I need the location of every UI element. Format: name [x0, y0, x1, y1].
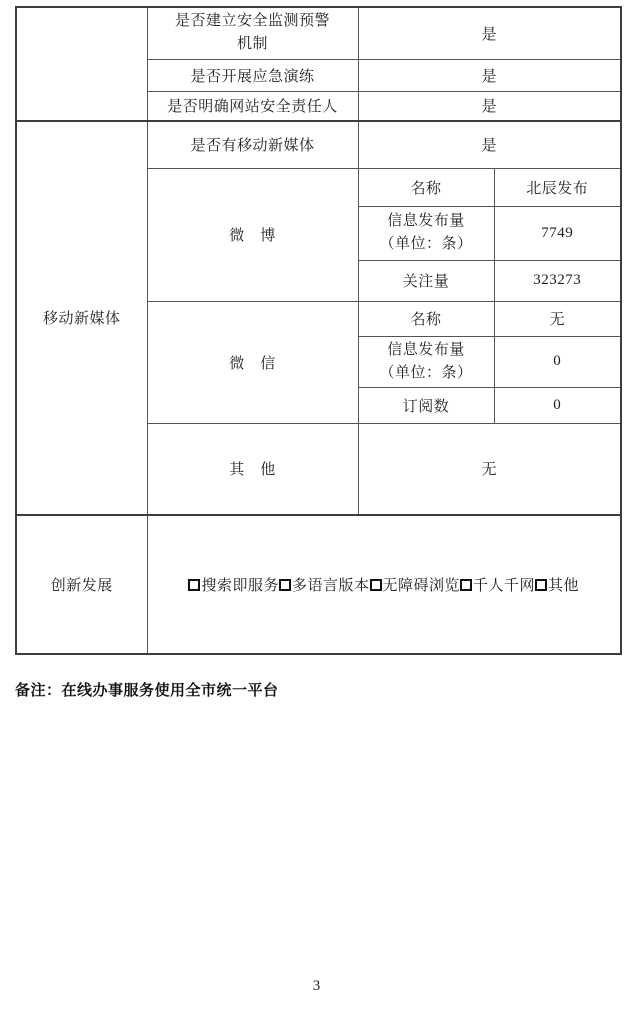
section-cell-mobile-media: 移动新媒体 — [16, 121, 147, 515]
checkbox-icon — [279, 579, 291, 591]
weibo-name-value: 北辰发布 — [494, 168, 621, 206]
checkbox-icon — [460, 579, 472, 591]
security-row-label: 是否明确网站安全责任人 — [147, 91, 358, 121]
has-mobile-label: 是否有移动新媒体 — [147, 121, 358, 168]
innovation-option: 千人千网 — [460, 578, 535, 594]
security-row-value: 是 — [358, 7, 621, 59]
innovation-option-label: 搜索即服务 — [201, 578, 279, 594]
weibo-posts-value: 7749 — [494, 206, 621, 260]
checkbox-icon — [188, 579, 200, 591]
security-row-value: 是 — [358, 59, 621, 91]
section-cell-blank — [16, 7, 147, 121]
wechat-posts-label: 信息发布量 （单位：条） — [358, 336, 494, 388]
has-mobile-value: 是 — [358, 121, 621, 168]
weibo-posts-label: 信息发布量 （单位：条） — [358, 206, 494, 260]
wechat-name-label: 名称 — [358, 301, 494, 336]
checkbox-icon — [370, 579, 382, 591]
innovation-option-label: 多语言版本 — [292, 578, 370, 594]
document-page: 是否建立安全监测预警 机制 是 是否开展应急演练 是 是否明确网站安全责任人 是… — [0, 0, 633, 1010]
remark-note: 备注：在线办事服务使用全市统一平台 — [15, 679, 279, 700]
annual-report-table: 是否建立安全监测预警 机制 是 是否开展应急演练 是 是否明确网站安全责任人 是… — [15, 6, 622, 655]
wechat-name-value: 无 — [494, 301, 621, 336]
weibo-cell: 微 博 — [147, 168, 358, 301]
other-media-label: 其 他 — [147, 424, 358, 515]
innovation-option: 无障碍浏览 — [370, 578, 461, 594]
wechat-subs-label: 订阅数 — [358, 388, 494, 424]
innovation-option: 多语言版本 — [279, 578, 370, 594]
section-cell-innovation: 创新发展 — [16, 515, 147, 654]
weibo-followers-label: 关注量 — [358, 260, 494, 301]
other-media-value: 无 — [358, 424, 621, 515]
weibo-name-label: 名称 — [358, 168, 494, 206]
innovation-option-label: 其他 — [548, 578, 579, 594]
wechat-posts-value: 0 — [494, 336, 621, 388]
innovation-option: 搜索即服务 — [188, 578, 279, 594]
innovation-option: 其他 — [535, 578, 579, 594]
page-number: 3 — [0, 978, 633, 995]
innovation-option-label: 无障碍浏览 — [383, 578, 461, 594]
innovation-option-label: 千人千网 — [473, 578, 535, 594]
security-row-value: 是 — [358, 91, 621, 121]
weibo-followers-value: 323273 — [494, 260, 621, 301]
checkbox-icon — [535, 579, 547, 591]
wechat-cell: 微 信 — [147, 301, 358, 424]
wechat-subs-value: 0 — [494, 388, 621, 424]
innovation-options: 搜索即服务多语言版本无障碍浏览千人千网其他 — [147, 515, 621, 654]
security-row-label: 是否开展应急演练 — [147, 59, 358, 91]
security-row-label: 是否建立安全监测预警 机制 — [147, 7, 358, 59]
